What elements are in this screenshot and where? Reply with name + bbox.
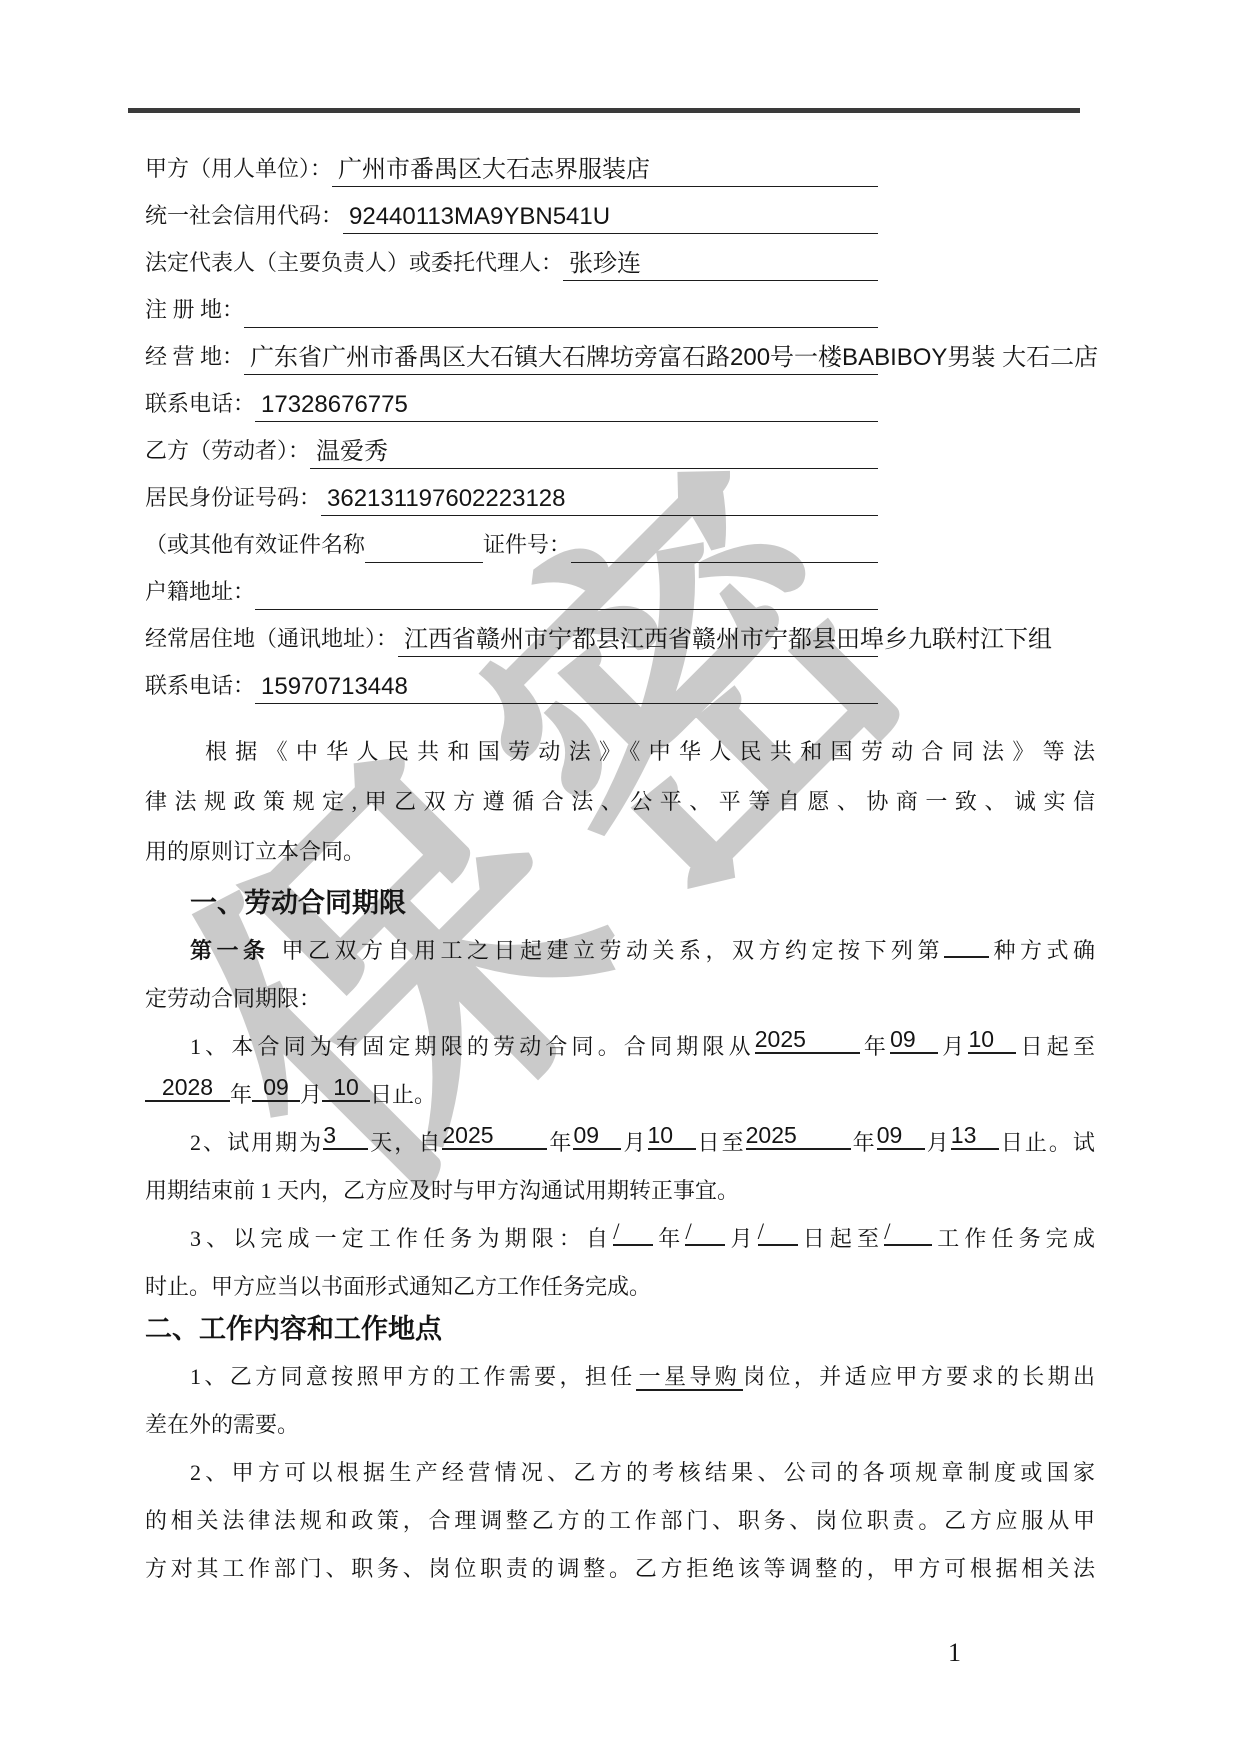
work-item-2-line-1: 2、甲方可以根据生产经营情况、乙方的考核结果、公司的各项规章制度或国家: [145, 1449, 1095, 1497]
field-label: 居民身份证号码：: [145, 487, 321, 516]
cert-no-underline: [571, 515, 878, 563]
form-row-employee-phone: 联系电话： 15970713448: [145, 657, 878, 704]
section-1-heading: 一、劳动合同期限: [145, 879, 1095, 927]
form-row-employee: 乙方（劳动者）： 温爱秀: [145, 422, 878, 469]
page-number: 1: [948, 1638, 961, 1668]
item-text: 1、乙方同意按照甲方的工作需要，担任: [190, 1364, 636, 1389]
form-row-registered-address: 注 册 地：: [145, 281, 878, 328]
field-label: 统一社会信用代码：: [145, 205, 343, 234]
field-label: 乙方（劳动者）：: [145, 440, 310, 469]
field-underline: [255, 562, 878, 610]
field-label: 甲方（用人单位）：: [145, 158, 332, 187]
form-row-residence-address: 经常居住地（通讯地址）： 江西省赣州市宁都县江西省赣州市宁都县田埠乡九联村江下组: [145, 610, 878, 657]
field-value: 江西省赣州市宁都县江西省赣州市宁都县田埠乡九联村江下组: [404, 627, 1052, 653]
form-row-household-address: 户籍地址：: [145, 563, 878, 610]
field-label: 联系电话：: [145, 675, 255, 704]
work-item-2-line-3: 方对其工作部门、职务、岗位职责的调整。乙方拒绝该等调整的，甲方可根据相关法: [145, 1545, 1095, 1593]
labor-contract-page: 保密 甲方（用人单位）： 广州市番禺区大石志界服装店 统一社会信用代码： 924…: [0, 0, 1240, 1753]
field-underline: 广东省广州市番禺区大石镇大石牌坊旁富石路200号一楼BABIBOY男装 大石二店: [244, 327, 878, 375]
probation-item-line-2: 用期结束前 1 天内，乙方应及时与甲方沟通试用期转正事宜。: [145, 1167, 1095, 1215]
contract-body: 根据《中华人民共和国劳动法》《中华人民共和国劳动合同法》等法 律法规政策规定,甲…: [145, 727, 1095, 1593]
field-label: 联系电话：: [145, 393, 255, 422]
item-text: 月: [925, 1130, 951, 1155]
item-text: 年: [230, 1082, 252, 1107]
term-item-1-line-1: 1、本合同为有固定期限的劳动合同。合同期限从2025年09月10日起至: [145, 1023, 1095, 1071]
item-text: 年: [653, 1226, 685, 1251]
start-day-field: 10: [968, 1030, 1016, 1054]
end-year-field: 2028: [145, 1078, 230, 1102]
item-text: 日至: [696, 1130, 746, 1155]
field-label: 法定代表人（主要负责人）或委托代理人：: [145, 252, 563, 281]
probation-days-field: 3: [323, 1126, 368, 1150]
item-text: 岗位，并适应甲方要求的长期出: [743, 1364, 1095, 1389]
item-text: 年: [851, 1130, 877, 1155]
field-underline: 温爱秀: [310, 421, 878, 469]
form-row-business-address: 经 营 地： 广东省广州市番禺区大石镇大石牌坊旁富石路200号一楼BABIBOY…: [145, 328, 878, 375]
end-month-field: 09: [252, 1078, 300, 1102]
item-text: 1、本合同为有固定期限的劳动合同。合同期限从: [190, 1034, 755, 1059]
probation-start-year-field: 2025: [442, 1126, 547, 1150]
probation-start-day-field: 10: [648, 1126, 696, 1150]
field-label: 经常居住地（通讯地址）：: [145, 628, 398, 657]
field-value: 温爱秀: [316, 439, 388, 465]
item-text: 天，自: [368, 1130, 442, 1155]
work-item-2-line-2: 的相关法律法规和政策，合理调整乙方的工作部门、职务、岗位职责。乙方应服从甲: [145, 1497, 1095, 1545]
field-underline: 362131197602223128: [321, 468, 878, 516]
section-2-heading: 二、工作内容和工作地点: [145, 1305, 1095, 1353]
preamble-line-2: 律法规政策规定,甲乙双方遵循合法、公平、平等自愿、协商一致、诚实信: [145, 777, 1095, 827]
field-label: 经 营 地：: [145, 346, 244, 375]
item-text: 日止。: [370, 1082, 436, 1107]
article-text: 种方式确: [989, 938, 1095, 963]
task-month-field: /: [685, 1222, 725, 1246]
probation-item-line-1: 2、试用期为3天，自2025年09月10日至2025年09月13日止。试: [145, 1119, 1095, 1167]
article-text: 甲乙双方自用工之日起建立劳动关系，双方约定按下列第: [282, 938, 944, 963]
field-value: 张珍连: [569, 251, 641, 277]
field-value: 广东省广州市番禺区大石镇大石牌坊旁富石路200号一楼BABIBOY男装 大石二店: [250, 345, 1098, 371]
start-month-field: 09: [890, 1030, 938, 1054]
task-until-field: /: [884, 1222, 932, 1246]
field-underline: 15970713448: [255, 656, 878, 704]
field-underline: 江西省赣州市宁都县江西省赣州市宁都县田埠乡九联村江下组: [398, 609, 878, 657]
work-item-1-line-2: 差在外的需要。: [145, 1401, 1095, 1449]
field-value: 17328676775: [261, 392, 408, 418]
field-label: 户籍地址：: [145, 581, 255, 610]
item-text: 月: [300, 1082, 322, 1107]
field-value: 92440113MA9YBN541U: [349, 204, 610, 230]
field-underline: 广州市番禺区大石志界服装店: [332, 139, 878, 187]
position-field: 一星导购: [636, 1364, 743, 1391]
preamble-line-1: 根据《中华人民共和国劳动法》《中华人民共和国劳动合同法》等法: [145, 727, 1095, 777]
field-underline: 张珍连: [563, 233, 878, 281]
term-item-1-line-2: 2028年09月10日止。: [145, 1071, 1095, 1119]
field-underline: [244, 280, 878, 328]
field-label: 证件号：: [483, 534, 571, 563]
item-text: 日起至: [798, 1226, 885, 1251]
field-label: （或其他有效证件名称: [145, 534, 365, 563]
form-row-legal-rep: 法定代表人（主要负责人）或委托代理人： 张珍连: [145, 234, 878, 281]
item-text: 日止。试: [999, 1130, 1095, 1155]
end-day-field: 10: [322, 1078, 370, 1102]
item-text: 年: [547, 1130, 573, 1155]
start-year-field: 2025: [755, 1030, 860, 1054]
probation-end-year-field: 2025: [746, 1126, 851, 1150]
form-row-employer-phone: 联系电话： 17328676775: [145, 375, 878, 422]
form-row-credit-code: 统一社会信用代码： 92440113MA9YBN541U: [145, 187, 878, 234]
party-info-form: 甲方（用人单位）： 广州市番禺区大石志界服装店 统一社会信用代码： 924401…: [145, 140, 878, 704]
article-number: 第一条: [190, 938, 270, 963]
form-row-other-cert: （或其他有效证件名称 证件号：: [145, 516, 878, 563]
article-1-line-2: 定劳动合同期限：: [145, 975, 1095, 1023]
task-year-field: /: [613, 1222, 653, 1246]
task-term-item-line-2: 时止。甲方应当以书面形式通知乙方工作任务完成。: [145, 1263, 1095, 1311]
preamble-line-3: 用的原则订立本合同。: [145, 827, 1095, 877]
form-row-id-number: 居民身份证号码： 362131197602223128: [145, 469, 878, 516]
item-text: 2、试用期为: [190, 1130, 323, 1155]
header-rule: [128, 108, 1080, 113]
field-value: 15970713448: [261, 674, 408, 700]
field-label: 注 册 地：: [145, 299, 244, 328]
field-underline: 92440113MA9YBN541U: [343, 186, 878, 234]
form-row-employer: 甲方（用人单位）： 广州市番禺区大石志界服装店: [145, 140, 878, 187]
field-value: 广州市番禺区大石志界服装店: [338, 157, 650, 183]
item-text: 月: [938, 1034, 968, 1059]
item-text: 工作任务完成: [932, 1226, 1095, 1251]
probation-start-month-field: 09: [573, 1126, 621, 1150]
method-blank-field: [944, 934, 989, 958]
field-underline: 17328676775: [255, 374, 878, 422]
field-value: 362131197602223128: [327, 486, 565, 512]
cert-name-underline: [365, 515, 483, 563]
item-text: 月: [621, 1130, 647, 1155]
task-term-item-line-1: 3、以完成一定工作任务为期限：自/年/月/日起至/工作任务完成: [145, 1215, 1095, 1263]
work-item-1-line-1: 1、乙方同意按照甲方的工作需要，担任一星导购岗位，并适应甲方要求的长期出: [145, 1353, 1095, 1401]
article-1-line-1: 第一条甲乙双方自用工之日起建立劳动关系，双方约定按下列第种方式确: [145, 927, 1095, 975]
item-text: 年: [860, 1034, 890, 1059]
probation-end-month-field: 09: [877, 1126, 925, 1150]
item-text: 3、以完成一定工作任务为期限：自: [190, 1226, 613, 1251]
item-text: 月: [725, 1226, 757, 1251]
probation-end-day-field: 13: [951, 1126, 999, 1150]
task-day-field: /: [758, 1222, 798, 1246]
item-text: 日起至: [1016, 1034, 1095, 1059]
